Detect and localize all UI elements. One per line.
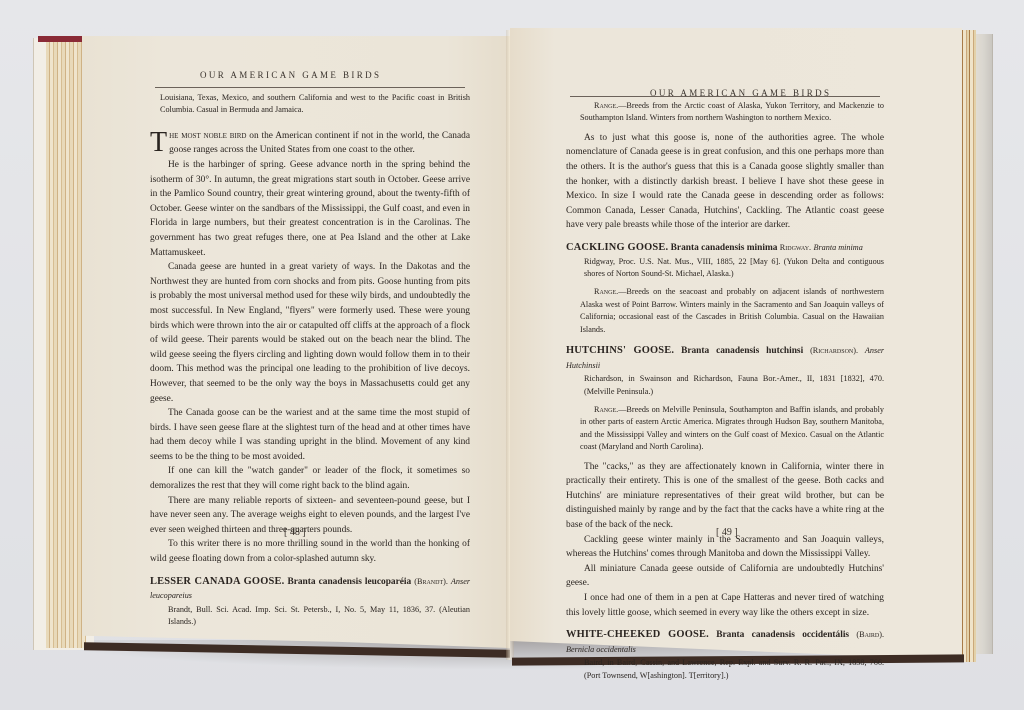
drop-cap: T (150, 132, 167, 154)
citation: Brandt, Bull. Sci. Acad. Imp. Sci. St. P… (150, 604, 470, 629)
synonym: Bernicla occidentalis (566, 645, 636, 654)
authority: (Brandt). (414, 577, 448, 586)
range-continuation: Louisiana, Texas, Mexico, and southern C… (150, 92, 470, 117)
paragraph: There are many reliable reports of sixte… (150, 494, 470, 538)
common-name: CACKLING GOOSE. (566, 242, 668, 253)
range-text: —Breeds on Melville Peninsula, Southampt… (580, 405, 884, 451)
scientific-name: Branta canadensis hutchinsi (681, 346, 803, 356)
range-hutchins: Range.—Breeds on Melville Peninsula, Sou… (566, 404, 884, 454)
authority: (Richardson). (810, 346, 858, 355)
range-top: Range.—Breeds from the Arctic coast of A… (566, 100, 884, 125)
paragraph: To this writer there is no more thrillin… (150, 537, 470, 566)
species-entry-white-cheeked-goose: WHITE-CHEEKED GOOSE. Branta canadensis o… (566, 628, 884, 682)
species-entry-cackling-goose: CACKLING GOOSE. Branta canadensis minima… (566, 241, 884, 280)
common-name: LESSER CANADA GOOSE. (150, 576, 284, 587)
citation: Baird, in Baird, Cassin, and Lawrence, R… (566, 657, 884, 682)
synonym: Branta minima (813, 243, 862, 252)
paragraph: If one can kill the "watch gander" or le… (150, 464, 470, 493)
page-number-right: [ 49 ] (716, 527, 738, 538)
citation: Ridgway, Proc. U.S. Nat. Mus., VIII, 188… (566, 256, 884, 281)
species-entry-hutchins-goose: HUTCHINS' GOOSE. Branta canadensis hutch… (566, 344, 884, 398)
range-label: Range. (594, 101, 618, 110)
paragraph: The "cacks," as they are affectionately … (566, 460, 884, 533)
scientific-name: Branta canadensis minima (671, 243, 778, 253)
common-name: HUTCHINS' GOOSE. (566, 345, 674, 356)
paragraph: Canada geese are hunted in a great varie… (150, 260, 470, 406)
range-label: Range. (594, 405, 618, 414)
range-label: Range. (594, 287, 618, 296)
head-rule-right (570, 96, 880, 97)
page-number-left: [ 48 ] (284, 527, 306, 538)
head-rule-left (155, 87, 465, 88)
left-page-text: Louisiana, Texas, Mexico, and southern C… (150, 92, 470, 629)
scientific-name: Branta canadensis leucoparéia (287, 577, 411, 587)
right-page-text: Range.—Breeds from the Arctic coast of A… (566, 100, 884, 682)
running-head-left: OUR AMERICAN GAME BIRDS (200, 70, 381, 80)
authority: (Baird). (856, 630, 884, 639)
range-text: —Breeds on the seacoast and probably on … (580, 287, 884, 333)
page-edges-right (960, 30, 976, 662)
scientific-name: Branta canadensis occidentális (716, 630, 849, 640)
authority: Ridgway. (780, 243, 811, 252)
species-entry-lesser-canada-goose: LESSER CANADA GOOSE. Branta canadensis l… (150, 575, 470, 629)
paragraph: All miniature Canada geese outside of Ca… (566, 562, 884, 591)
paragraph: I once had one of them in a pen at Cape … (566, 591, 884, 620)
lead-smallcaps: he most noble bird (169, 131, 246, 141)
range-cackling: Range.—Breeds on the seacoast and probab… (566, 286, 884, 336)
range-text: —Breeds from the Arctic coast of Alaska,… (580, 101, 884, 122)
common-name: WHITE-CHEEKED GOOSE. (566, 629, 709, 640)
page-edges-left (46, 42, 86, 648)
paragraph: He is the harbinger of spring. Geese adv… (150, 158, 470, 260)
paragraph: As to just what this goose is, none of t… (566, 131, 884, 233)
citation: Richardson, in Swainson and Richardson, … (566, 373, 884, 398)
opening-paragraph: The most noble bird on the American cont… (150, 129, 470, 158)
paragraph: The Canada goose can be the wariest and … (150, 406, 470, 464)
